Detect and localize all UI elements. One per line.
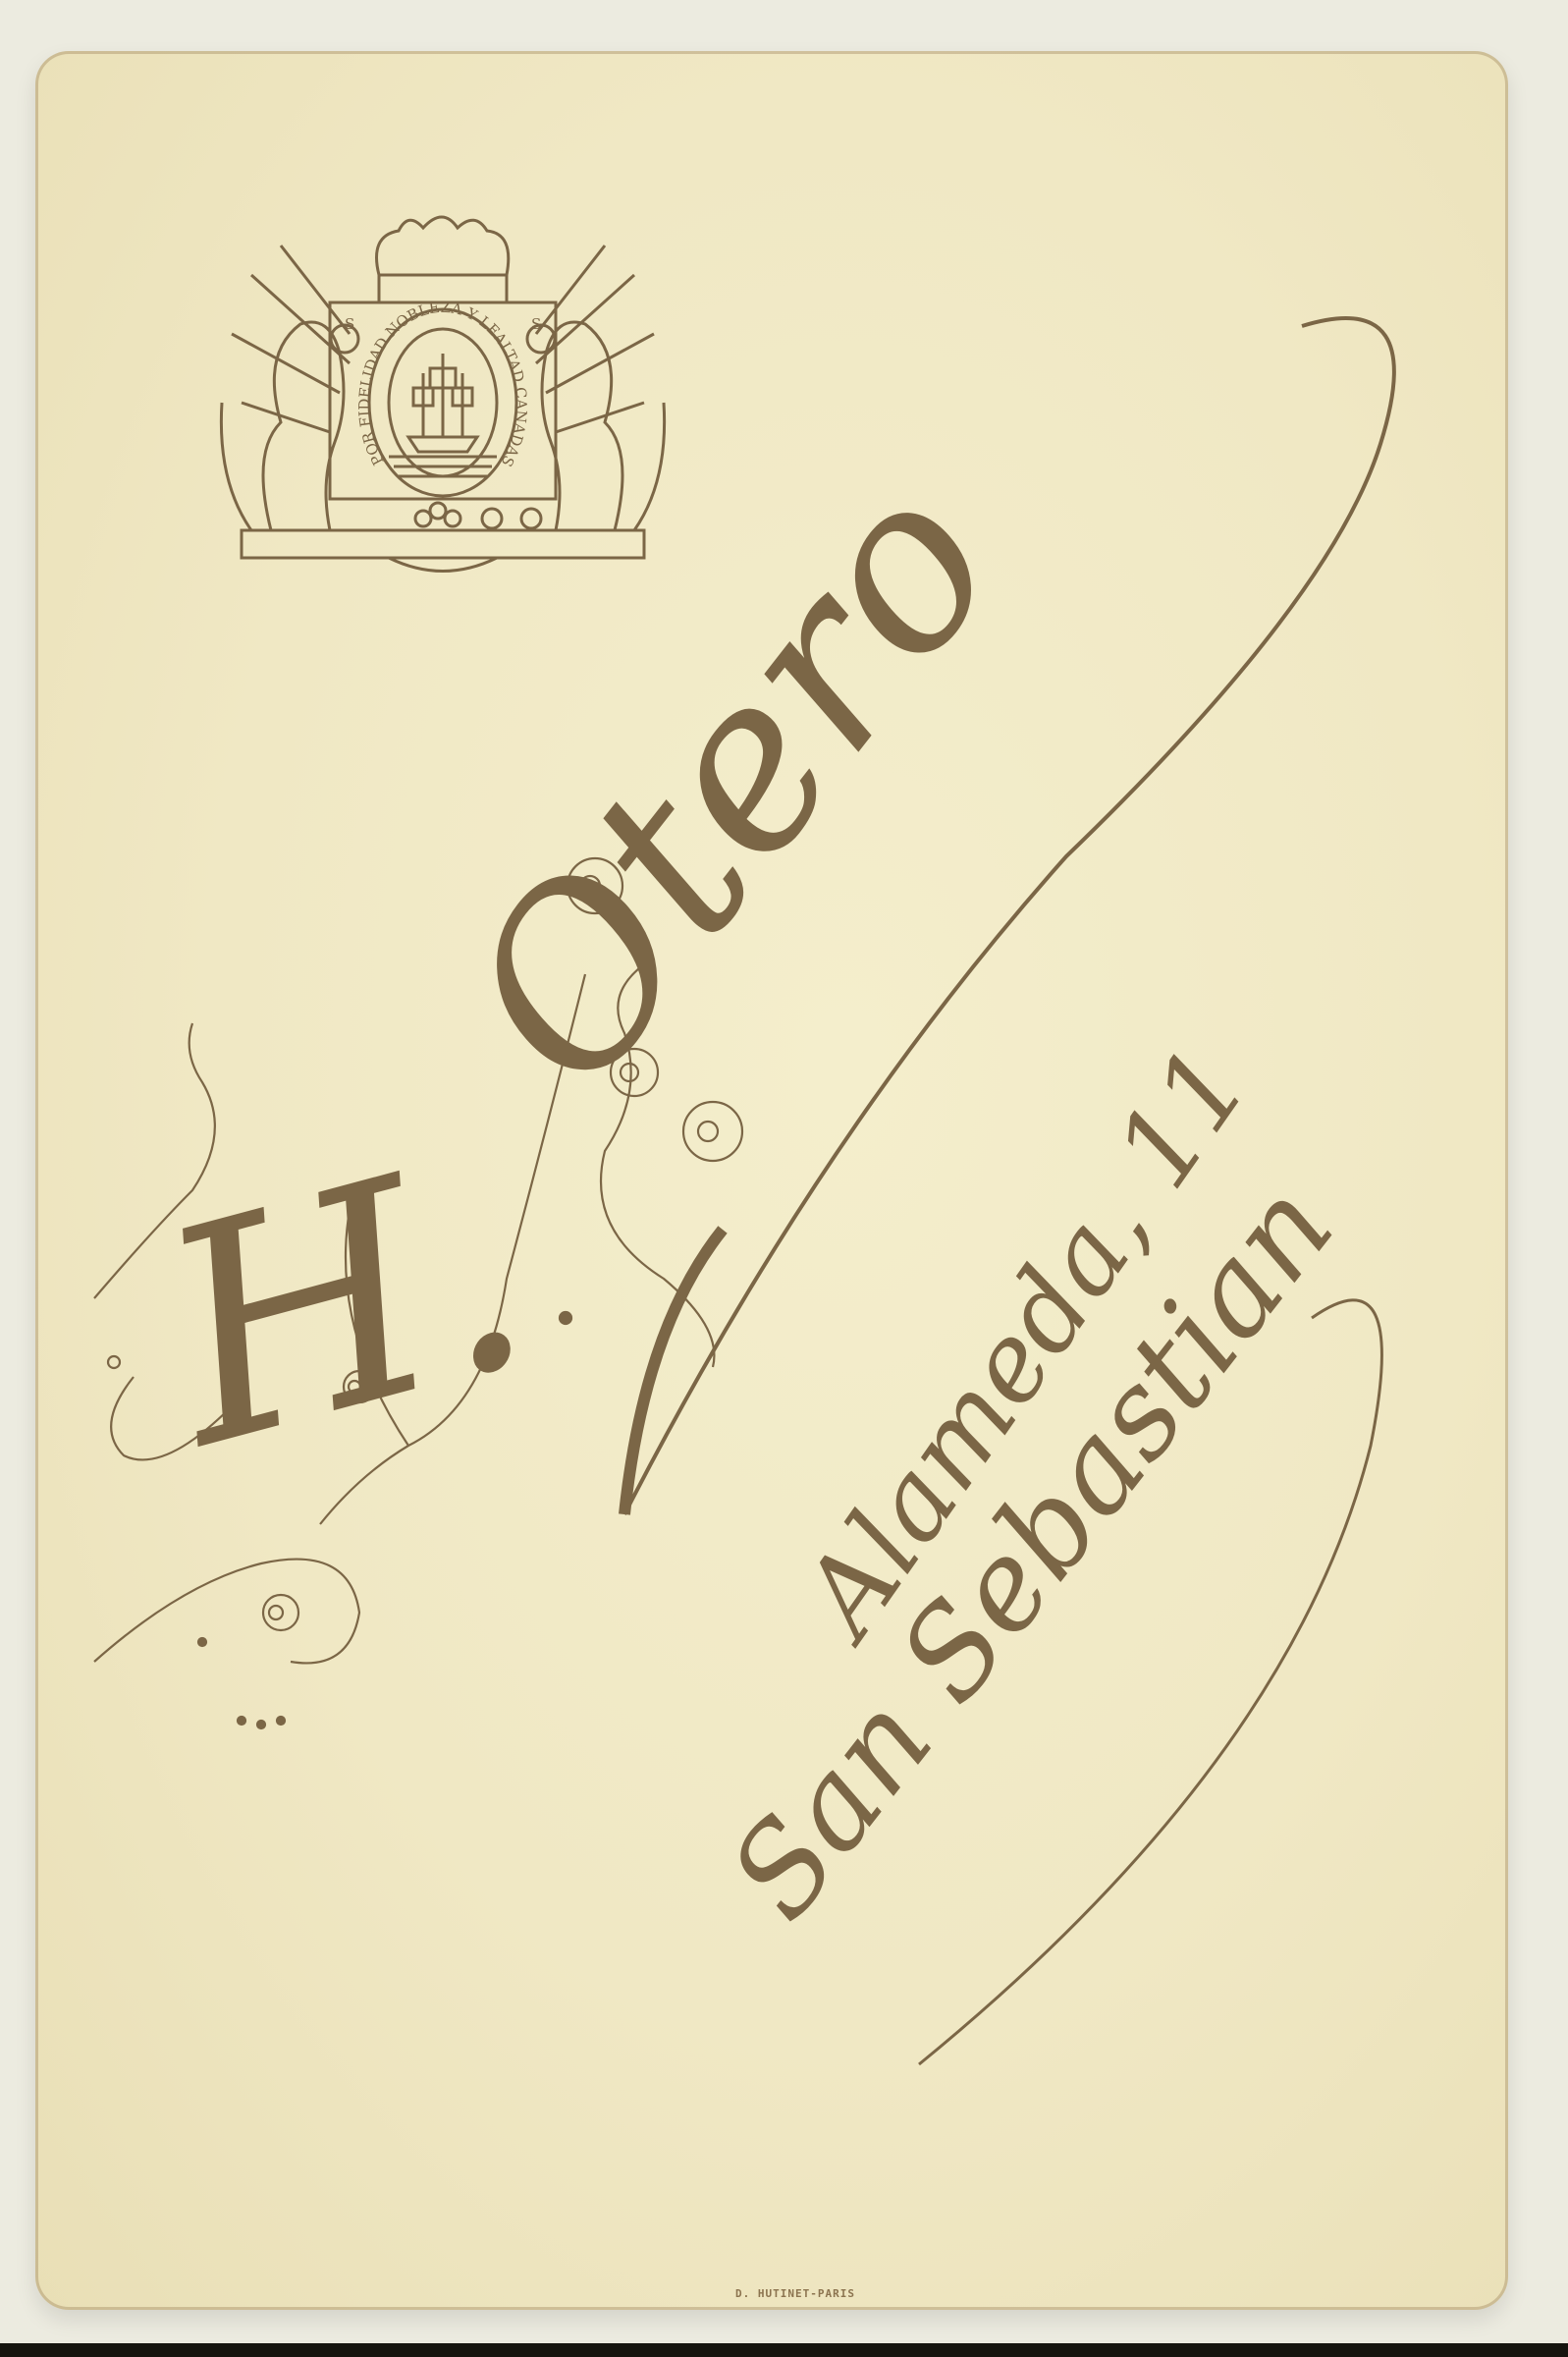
studio-initial: H. xyxy=(128,1091,560,1514)
studio-name: Otero xyxy=(412,429,1049,1136)
printer-imprint: D. HUTINET-PARIS xyxy=(735,2287,855,2300)
card: S S POR FIDELIDAD NOBLEZA Y LEALTAD CANA… xyxy=(35,51,1508,2310)
calligraphy: H. Otero Alameda, 11 San Sebastian xyxy=(35,51,1508,2310)
bottom-strip xyxy=(0,2343,1568,2357)
